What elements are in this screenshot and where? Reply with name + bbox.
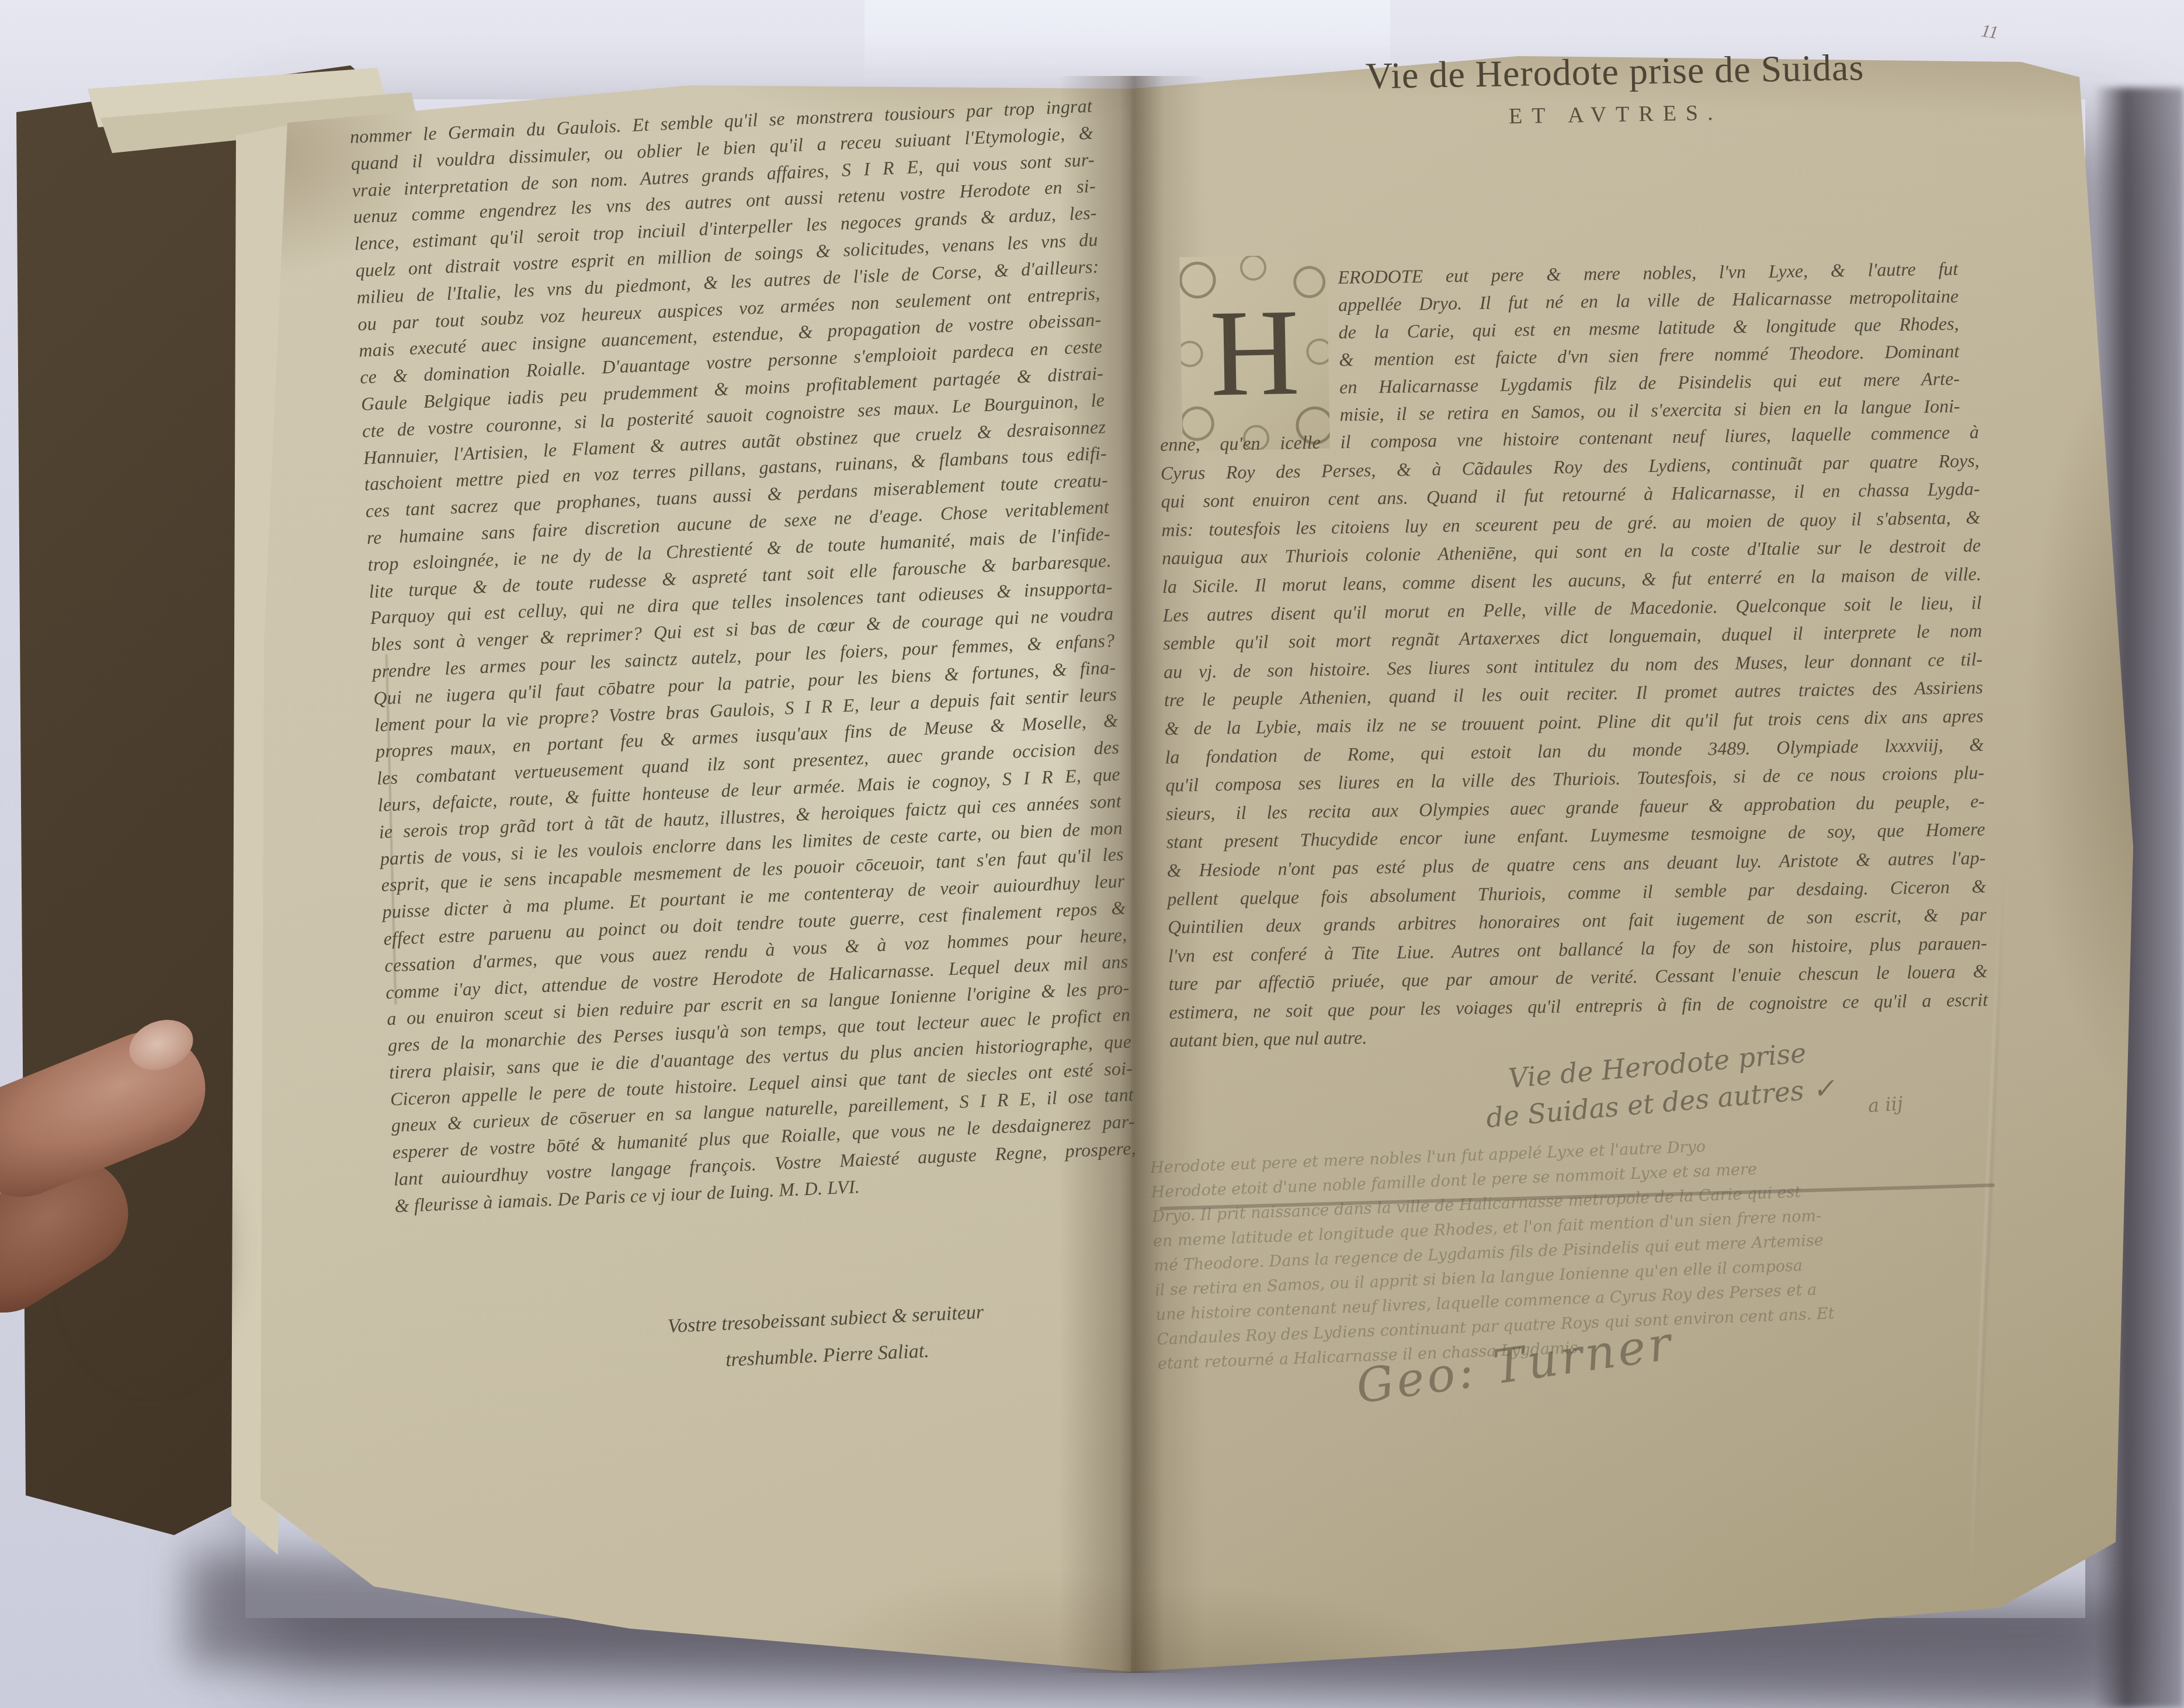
drop-cap-initial: H	[1179, 255, 1330, 451]
book-photo-scene: nommer le Germain du Gaulois. Et semble …	[0, 0, 2184, 1708]
handwritten-signature-mark: a iij	[1867, 1092, 1904, 1117]
left-page-text-block: nommer le Germain du Gaulois. Et semble …	[349, 93, 1138, 1220]
right-page-body-lines: enne, qu'en icelle il composa vne histoi…	[1160, 418, 1989, 1055]
thumb	[0, 987, 234, 1431]
right-page-heading: Vie de Herodote prise de Suidas ET AVTRE…	[1232, 44, 1998, 134]
folio-number: 11	[1980, 20, 1999, 43]
right-page-intro-lines: ERODOTE eut pere & mere nobles, l'vn Lyx…	[1338, 255, 1960, 429]
